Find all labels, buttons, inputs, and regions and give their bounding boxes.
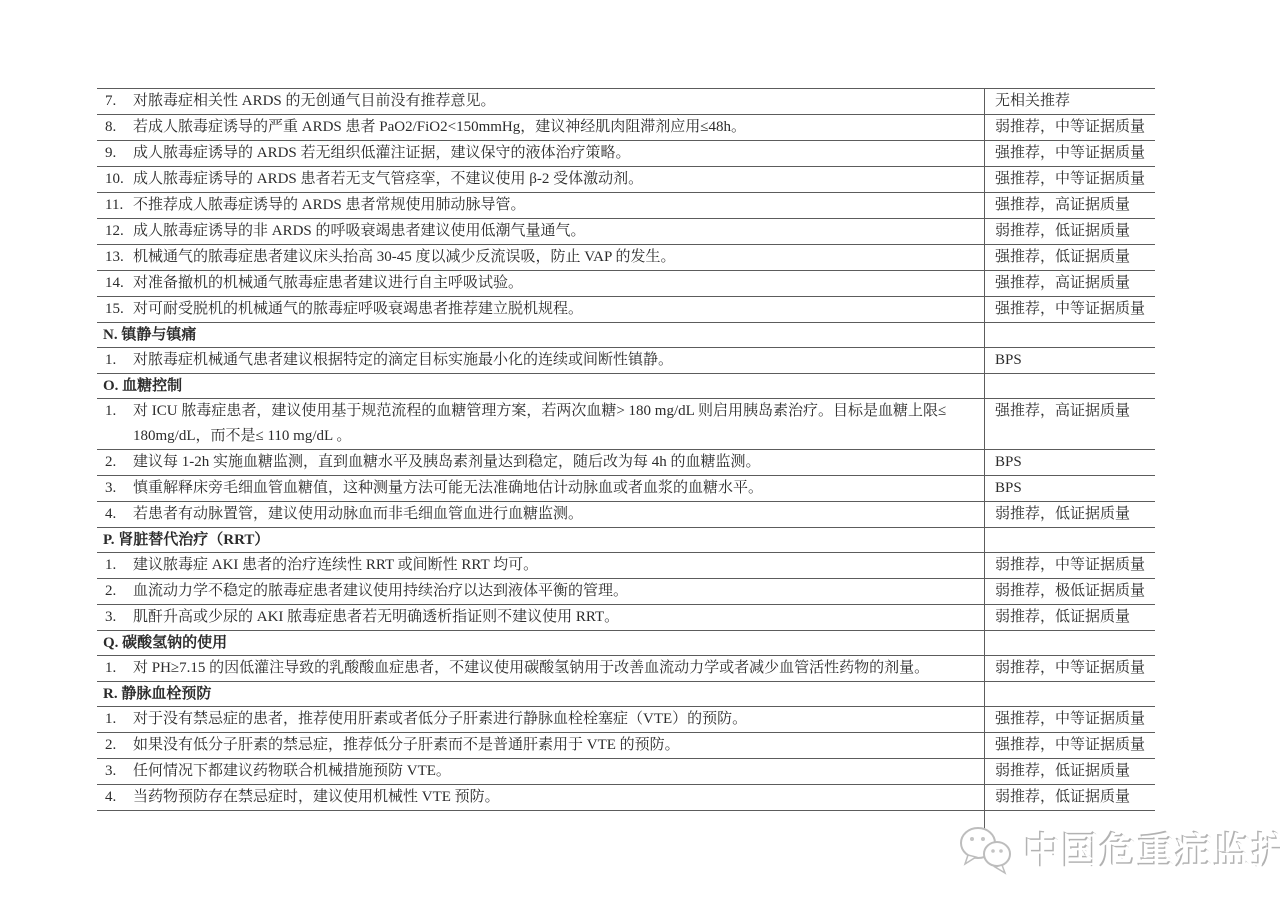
- recommendation-text: 机械通气的脓毒症患者建议床头抬高 30-45 度以减少反流误吸，防止 VAP 的…: [133, 245, 974, 270]
- table-row: 3.任何情况下都建议药物联合机械措施预防 VTE。弱推荐，低证据质量: [97, 758, 1155, 784]
- item-number: 4.: [105, 785, 133, 810]
- section-row: R. 静脉血栓预防: [97, 681, 1155, 706]
- item-number: 7.: [105, 89, 133, 114]
- section-row: P. 肾脏替代治疗（RRT）: [97, 527, 1155, 552]
- grade-text: 强推荐，中等证据质量: [995, 145, 1145, 161]
- grade-cell: 弱推荐，低证据质量: [985, 502, 1155, 527]
- recommendation-cell: 13.机械通气的脓毒症患者建议床头抬高 30-45 度以减少反流误吸，防止 VA…: [97, 245, 985, 270]
- brand-watermark-text: 中国危重症监护: [1024, 830, 1280, 876]
- recommendation-cell: P. 肾脏替代治疗（RRT）: [97, 528, 985, 552]
- item-number: 1.: [105, 656, 133, 681]
- grade-cell: BPS: [985, 450, 1155, 475]
- recommendation-text: 成人脓毒症诱导的 ARDS 患者若无支气管痉挛，不建议使用 β-2 受体激动剂。: [133, 167, 974, 192]
- recommendation-text: 肌酐升高或少尿的 AKI 脓毒症患者若无明确透析指证则不建议使用 RRT。: [133, 605, 974, 630]
- table-row: 15.对可耐受脱机的机械通气的脓毒症呼吸衰竭患者推荐建立脱机规程。强推荐，中等证…: [97, 296, 1155, 322]
- grade-text: 强推荐，中等证据质量: [995, 301, 1145, 317]
- recommendation-cell: 3.任何情况下都建议药物联合机械措施预防 VTE。: [97, 759, 985, 784]
- recommendation-text: 血流动力学不稳定的脓毒症患者建议使用持续治疗以达到液体平衡的管理。: [133, 579, 974, 604]
- recommendation-cell: N. 镇静与镇痛: [97, 323, 985, 347]
- grade-cell: 弱推荐，低证据质量: [985, 219, 1155, 244]
- recommendation-text: 若患者有动脉置管，建议使用动脉血而非毛细血管血进行血糖监测。: [133, 502, 974, 527]
- grade-cell: 强推荐，中等证据质量: [985, 141, 1155, 166]
- grade-cell: 强推荐，中等证据质量: [985, 733, 1155, 758]
- brand-watermark: 中国危重症监护: [958, 824, 1280, 881]
- grade-text: 强推荐，高证据质量: [995, 275, 1130, 291]
- section-label: O. 血糖控制: [103, 374, 182, 398]
- recommendation-cell: 4.若患者有动脉置管，建议使用动脉血而非毛细血管血进行血糖监测。: [97, 502, 985, 527]
- grade-cell: 强推荐，高证据质量: [985, 193, 1155, 218]
- grade-cell: 强推荐，中等证据质量: [985, 167, 1155, 192]
- recommendation-text: 对脓毒症机械通气患者建议根据特定的滴定目标实施最小化的连续或间断性镇静。: [133, 348, 974, 373]
- recommendation-cell: 15.对可耐受脱机的机械通气的脓毒症呼吸衰竭患者推荐建立脱机规程。: [97, 297, 985, 322]
- item-number: 14.: [105, 271, 133, 296]
- grade-text: 弱推荐，中等证据质量: [995, 119, 1145, 135]
- recommendation-text: 对准备撤机的机械通气脓毒症患者建议进行自主呼吸试验。: [133, 271, 974, 296]
- grade-cell: 弱推荐，低证据质量: [985, 605, 1155, 630]
- recommendation-text: 对脓毒症相关性 ARDS 的无创通气目前没有推荐意见。: [133, 89, 974, 114]
- recommendation-text: 建议脓毒症 AKI 患者的治疗连续性 RRT 或间断性 RRT 均可。: [133, 553, 974, 578]
- grade-cell: 强推荐，高证据质量: [985, 271, 1155, 296]
- grade-text: 强推荐，低证据质量: [995, 249, 1130, 265]
- table-row: 2.建议每 1-2h 实施血糖监测，直到血糖水平及胰岛素剂量达到稳定，随后改为每…: [97, 449, 1155, 475]
- recommendation-cell: Q. 碳酸氢钠的使用: [97, 631, 985, 655]
- item-number: 3.: [105, 605, 133, 630]
- recommendation-cell: 7.对脓毒症相关性 ARDS 的无创通气目前没有推荐意见。: [97, 89, 985, 114]
- recommendation-cell: 9.成人脓毒症诱导的 ARDS 若无组织低灌注证据，建议保守的液体治疗策略。: [97, 141, 985, 166]
- wechat-bubbles-icon: [958, 824, 1016, 881]
- recommendation-cell: 1.对 ICU 脓毒症患者，建议使用基于规范流程的血糖管理方案，若两次血糖> 1…: [97, 399, 985, 449]
- section-row: Q. 碳酸氢钠的使用: [97, 630, 1155, 655]
- grade-cell: [985, 631, 1155, 655]
- section-label: P. 肾脏替代治疗（RRT）: [103, 528, 269, 552]
- recommendation-cell: 2.建议每 1-2h 实施血糖监测，直到血糖水平及胰岛素剂量达到稳定，随后改为每…: [97, 450, 985, 475]
- item-number: 2.: [105, 733, 133, 758]
- recommendation-text: 对可耐受脱机的机械通气的脓毒症呼吸衰竭患者推荐建立脱机规程。: [133, 297, 974, 322]
- grade-text: 弱推荐，中等证据质量: [995, 660, 1145, 676]
- grade-cell: [985, 374, 1155, 398]
- table-row: 3.慎重解释床旁毛细血管血糖值，这种测量方法可能无法准确地估计动脉血或者血浆的血…: [97, 475, 1155, 501]
- recommendation-cell: 1.建议脓毒症 AKI 患者的治疗连续性 RRT 或间断性 RRT 均可。: [97, 553, 985, 578]
- recommendation-cell: 10.成人脓毒症诱导的 ARDS 患者若无支气管痉挛，不建议使用 β-2 受体激…: [97, 167, 985, 192]
- item-number: 15.: [105, 297, 133, 322]
- grade-text: 弱推荐，低证据质量: [995, 506, 1130, 522]
- section-row: O. 血糖控制: [97, 373, 1155, 398]
- recommendation-text: 当药物预防存在禁忌症时，建议使用机械性 VTE 预防。: [133, 785, 974, 810]
- recommendation-cell: 1.对 PH≥7.15 的因低灌注导致的乳酸酸血症患者，不建议使用碳酸氢钠用于改…: [97, 656, 985, 681]
- recommendation-text: 对于没有禁忌症的患者，推荐使用肝素或者低分子肝素进行静脉血栓栓塞症（VTE）的预…: [133, 707, 974, 732]
- grade-text: BPS: [995, 352, 1022, 368]
- item-number: 2.: [105, 450, 133, 475]
- table-row: 8.若成人脓毒症诱导的严重 ARDS 患者 PaO2/FiO2<150mmHg，…: [97, 114, 1155, 140]
- recommendation-text: 成人脓毒症诱导的 ARDS 若无组织低灌注证据，建议保守的液体治疗策略。: [133, 141, 974, 166]
- grade-cell: 弱推荐，中等证据质量: [985, 553, 1155, 578]
- recommendation-cell: 12.成人脓毒症诱导的非 ARDS 的呼吸衰竭患者建议使用低潮气量通气。: [97, 219, 985, 244]
- grade-cell: 弱推荐，中等证据质量: [985, 115, 1155, 140]
- grade-cell: [985, 323, 1155, 347]
- recommendation-text: 不推荐成人脓毒症诱导的 ARDS 患者常规使用肺动脉导管。: [133, 193, 974, 218]
- table-row: 4.当药物预防存在禁忌症时，建议使用机械性 VTE 预防。弱推荐，低证据质量: [97, 784, 1155, 810]
- grade-cell: 强推荐，低证据质量: [985, 245, 1155, 270]
- section-label: R. 静脉血栓预防: [103, 682, 211, 706]
- grade-text: 强推荐，高证据质量: [995, 197, 1130, 213]
- grade-cell: 弱推荐，低证据质量: [985, 785, 1155, 810]
- recommendation-cell: 3.慎重解释床旁毛细血管血糖值，这种测量方法可能无法准确地估计动脉血或者血浆的血…: [97, 476, 985, 501]
- guideline-table: 7.对脓毒症相关性 ARDS 的无创通气目前没有推荐意见。无相关推荐8.若成人脓…: [97, 88, 1155, 835]
- recommendation-text: 任何情况下都建议药物联合机械措施预防 VTE。: [133, 759, 974, 784]
- item-number: 10.: [105, 167, 133, 192]
- item-number: 1.: [105, 399, 133, 424]
- table-row: 13.机械通气的脓毒症患者建议床头抬高 30-45 度以减少反流误吸，防止 VA…: [97, 244, 1155, 270]
- table-row: 14.对准备撤机的机械通气脓毒症患者建议进行自主呼吸试验。强推荐，高证据质量: [97, 270, 1155, 296]
- item-number: 3.: [105, 476, 133, 501]
- grade-text: 弱推荐，低证据质量: [995, 223, 1130, 239]
- recommendation-cell: 14.对准备撤机的机械通气脓毒症患者建议进行自主呼吸试验。: [97, 271, 985, 296]
- recommendation-cell: 1.对于没有禁忌症的患者，推荐使用肝素或者低分子肝素进行静脉血栓栓塞症（VTE）…: [97, 707, 985, 732]
- table-row: 1.对脓毒症机械通气患者建议根据特定的滴定目标实施最小化的连续或间断性镇静。BP…: [97, 347, 1155, 373]
- recommendation-text: 对 PH≥7.15 的因低灌注导致的乳酸酸血症患者，不建议使用碳酸氢钠用于改善血…: [133, 656, 974, 681]
- recommendation-cell: O. 血糖控制: [97, 374, 985, 398]
- recommendation-cell: 4.当药物预防存在禁忌症时，建议使用机械性 VTE 预防。: [97, 785, 985, 810]
- recommendation-cell: 1.对脓毒症机械通气患者建议根据特定的滴定目标实施最小化的连续或间断性镇静。: [97, 348, 985, 373]
- recommendation-cell: 2.血流动力学不稳定的脓毒症患者建议使用持续治疗以达到液体平衡的管理。: [97, 579, 985, 604]
- grade-cell: 弱推荐，低证据质量: [985, 759, 1155, 784]
- table-row: 1.建议脓毒症 AKI 患者的治疗连续性 RRT 或间断性 RRT 均可。弱推荐…: [97, 552, 1155, 578]
- section-label: N. 镇静与镇痛: [103, 323, 196, 347]
- section-row: N. 镇静与镇痛: [97, 322, 1155, 347]
- table-row: 10.成人脓毒症诱导的 ARDS 患者若无支气管痉挛，不建议使用 β-2 受体激…: [97, 166, 1155, 192]
- item-number: 12.: [105, 219, 133, 244]
- grade-text: 弱推荐，极低证据质量: [995, 583, 1145, 599]
- grade-cell: BPS: [985, 476, 1155, 501]
- recommendation-text: 慎重解释床旁毛细血管血糖值，这种测量方法可能无法准确地估计动脉血或者血浆的血糖水…: [133, 476, 974, 501]
- grade-text: 弱推荐，中等证据质量: [995, 557, 1145, 573]
- table-row: 7.对脓毒症相关性 ARDS 的无创通气目前没有推荐意见。无相关推荐: [97, 88, 1155, 114]
- grade-cell: [985, 682, 1155, 706]
- recommendation-text: 若成人脓毒症诱导的严重 ARDS 患者 PaO2/FiO2<150mmHg，建议…: [133, 115, 974, 140]
- table-row: 1.对 ICU 脓毒症患者，建议使用基于规范流程的血糖管理方案，若两次血糖> 1…: [97, 398, 1155, 449]
- grade-text: BPS: [995, 480, 1022, 496]
- guideline-table-body: 7.对脓毒症相关性 ARDS 的无创通气目前没有推荐意见。无相关推荐8.若成人脓…: [97, 88, 1155, 835]
- grade-text: BPS: [995, 454, 1022, 470]
- grade-cell: 无相关推荐: [985, 89, 1155, 114]
- recommendation-cell: 3.肌酐升高或少尿的 AKI 脓毒症患者若无明确透析指证则不建议使用 RRT。: [97, 605, 985, 630]
- item-number: 11.: [105, 193, 133, 218]
- grade-text: 强推荐，中等证据质量: [995, 171, 1145, 187]
- item-number: 1.: [105, 707, 133, 732]
- page: { "colors": { "border": "#5c5c5c", "text…: [0, 0, 1280, 904]
- grade-cell: 弱推荐，极低证据质量: [985, 579, 1155, 604]
- recommendation-cell: [97, 811, 985, 835]
- item-number: 2.: [105, 579, 133, 604]
- table-row: 12.成人脓毒症诱导的非 ARDS 的呼吸衰竭患者建议使用低潮气量通气。弱推荐，…: [97, 218, 1155, 244]
- grade-cell: 强推荐，高证据质量: [985, 399, 1155, 449]
- grade-cell: BPS: [985, 348, 1155, 373]
- item-number: 13.: [105, 245, 133, 270]
- grade-cell: 强推荐，中等证据质量: [985, 297, 1155, 322]
- grade-cell: 强推荐，中等证据质量: [985, 707, 1155, 732]
- section-label: Q. 碳酸氢钠的使用: [103, 631, 227, 655]
- recommendation-text: 建议每 1-2h 实施血糖监测，直到血糖水平及胰岛素剂量达到稳定，随后改为每 4…: [133, 450, 974, 475]
- item-number: 9.: [105, 141, 133, 166]
- item-number: 3.: [105, 759, 133, 784]
- grade-text: 强推荐，中等证据质量: [995, 737, 1145, 753]
- item-number: 1.: [105, 553, 133, 578]
- recommendation-cell: R. 静脉血栓预防: [97, 682, 985, 706]
- table-row: 9.成人脓毒症诱导的 ARDS 若无组织低灌注证据，建议保守的液体治疗策略。强推…: [97, 140, 1155, 166]
- grade-text: 无相关推荐: [995, 93, 1070, 109]
- recommendation-cell: 8.若成人脓毒症诱导的严重 ARDS 患者 PaO2/FiO2<150mmHg，…: [97, 115, 985, 140]
- grade-text: 弱推荐，低证据质量: [995, 763, 1130, 779]
- table-row: 3.肌酐升高或少尿的 AKI 脓毒症患者若无明确透析指证则不建议使用 RRT。弱…: [97, 604, 1155, 630]
- table-row: 11.不推荐成人脓毒症诱导的 ARDS 患者常规使用肺动脉导管。强推荐，高证据质…: [97, 192, 1155, 218]
- grade-cell: [985, 528, 1155, 552]
- grade-text: 弱推荐，低证据质量: [995, 609, 1130, 625]
- recommendation-text: 对 ICU 脓毒症患者，建议使用基于规范流程的血糖管理方案，若两次血糖> 180…: [133, 399, 974, 449]
- item-number: 4.: [105, 502, 133, 527]
- table-row: 2.血流动力学不稳定的脓毒症患者建议使用持续治疗以达到液体平衡的管理。弱推荐，极…: [97, 578, 1155, 604]
- table-row: 2.如果没有低分子肝素的禁忌症，推荐低分子肝素而不是普通肝素用于 VTE 的预防…: [97, 732, 1155, 758]
- grade-text: 强推荐，中等证据质量: [995, 711, 1145, 727]
- table-row: 1.对 PH≥7.15 的因低灌注导致的乳酸酸血症患者，不建议使用碳酸氢钠用于改…: [97, 655, 1155, 681]
- recommendation-cell: 11.不推荐成人脓毒症诱导的 ARDS 患者常规使用肺动脉导管。: [97, 193, 985, 218]
- table-row: 4.若患者有动脉置管，建议使用动脉血而非毛细血管血进行血糖监测。弱推荐，低证据质…: [97, 501, 1155, 527]
- table-row: 1.对于没有禁忌症的患者，推荐使用肝素或者低分子肝素进行静脉血栓栓塞症（VTE）…: [97, 706, 1155, 732]
- item-number: 1.: [105, 348, 133, 373]
- recommendation-text: 成人脓毒症诱导的非 ARDS 的呼吸衰竭患者建议使用低潮气量通气。: [133, 219, 974, 244]
- item-number: 8.: [105, 115, 133, 140]
- recommendation-text: 如果没有低分子肝素的禁忌症，推荐低分子肝素而不是普通肝素用于 VTE 的预防。: [133, 733, 974, 758]
- grade-text: 弱推荐，低证据质量: [995, 789, 1130, 805]
- recommendation-cell: 2.如果没有低分子肝素的禁忌症，推荐低分子肝素而不是普通肝素用于 VTE 的预防…: [97, 733, 985, 758]
- grade-text: 强推荐，高证据质量: [995, 403, 1130, 419]
- grade-cell: 弱推荐，中等证据质量: [985, 656, 1155, 681]
